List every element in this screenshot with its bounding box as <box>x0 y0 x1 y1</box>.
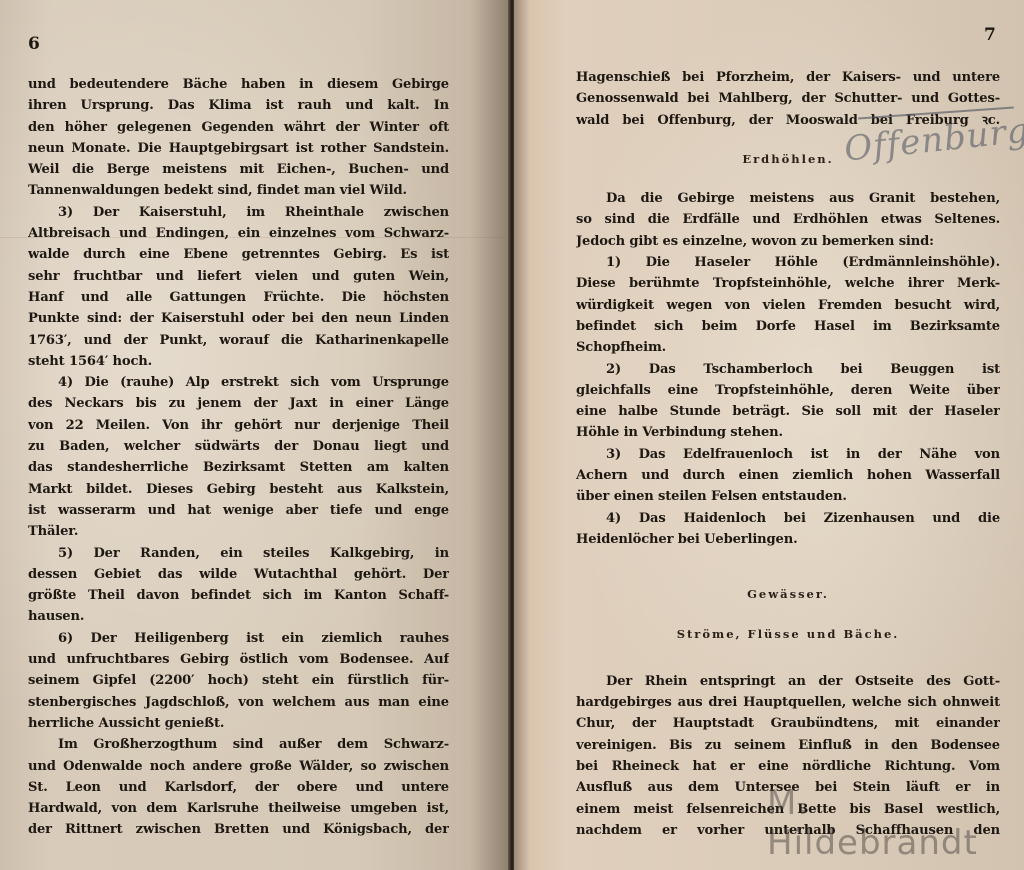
text-line: hardgebirges aus drei Hauptquellen, welc… <box>576 692 1000 713</box>
text-line: eine halbe Stunde beträgt. Sie soll mit … <box>576 401 1000 422</box>
text-line: dessen Gebiet das wilde Wutachthal gehör… <box>28 564 449 585</box>
text-line: befindet sich beim Dorfe Hasel im Bezirk… <box>576 316 1000 337</box>
text-line: würdigkeit wegen von vielen Fremden besu… <box>576 295 1000 316</box>
text-line: Chur, der Hauptstadt Graubündtens, mit e… <box>576 713 1000 734</box>
text-line: Höhle in Verbindung stehen. <box>576 422 1000 443</box>
text-line: bei Rheineck hat er eine nördliche Richt… <box>576 756 1000 777</box>
page-number: 6 <box>28 34 40 54</box>
text-line: Thäler. <box>28 521 449 542</box>
text-line: hausen. <box>28 606 449 627</box>
text-line: Da die Gebirge meistens aus Granit beste… <box>576 188 1000 209</box>
text-line: Altbreisach und Endingen, ein einzelnes … <box>28 223 449 244</box>
text-line: Im Großherzogthum sind außer dem Schwarz… <box>28 734 449 755</box>
text-line: 1) Die Haseler Höhle (Erdmännleinshöhle)… <box>576 252 1000 273</box>
text-line: 3) Das Edelfrauenloch ist in der Nähe vo… <box>576 444 1000 465</box>
left-page: 6 und bedeutendere Bäche haben in diesem… <box>0 0 510 870</box>
text-line: Diese berühmte Tropfsteinhöhle, welche i… <box>576 273 1000 294</box>
left-page-text: und bedeutendere Bäche haben in diesem G… <box>28 74 449 841</box>
text-line: 3) Der Kaiserstuhl, im Rheinthale zwisch… <box>28 202 449 223</box>
text-line: Heidenlöcher bei Ueberlingen. <box>576 529 1000 550</box>
text-line: und Odenwalde noch andere große Wälder, … <box>28 756 449 777</box>
right-page-text: Hagenschieß bei Pforzheim, der Kaisers- … <box>576 67 1000 841</box>
text-line: 6) Der Heiligenberg ist ein ziemlich rau… <box>28 628 449 649</box>
text-line: über einen steilen Felsen entstauden. <box>576 486 1000 507</box>
text-line: gleichfalls eine Tropfsteinhöhle, deren … <box>576 380 1000 401</box>
book-spread: 6 und bedeutendere Bäche haben in diesem… <box>0 0 1024 870</box>
text-line: vereinigen. Bis zu seinem Einfluß in den… <box>576 735 1000 756</box>
text-line: neun Monate. Die Hauptgebirgsart ist rot… <box>28 138 449 159</box>
text-line: so sind die Erdfälle und Erdhöhlen etwas… <box>576 209 1000 230</box>
text-line: das standesherrliche Bezirksamt Stetten … <box>28 457 449 478</box>
section-heading-waters: Gewässer. <box>576 584 1000 605</box>
text-line: St. Leon und Karlsdorf, der obere und un… <box>28 777 449 798</box>
text-line: stenbergisches Jagdschloß, von welchem a… <box>28 692 449 713</box>
text-line: seinem Gipfel (2200′ hoch) steht ein für… <box>28 670 449 691</box>
text-line: Schopfheim. <box>576 337 1000 358</box>
text-line: ihren Ursprung. Das Klima ist rauh und k… <box>28 95 449 116</box>
text-line: Markt bildet. Dieses Gebirg besteht aus … <box>28 479 449 500</box>
text-line: von 22 Meilen. Von ihr gehört nur derjen… <box>28 415 449 436</box>
text-line: Genossenwald bei Mahlberg, der Schutter-… <box>576 88 1000 109</box>
text-line: 2) Das Tschamberloch bei Beuggen ist <box>576 359 1000 380</box>
text-line: Jedoch gibt es einzelne, wovon zu bemerk… <box>576 231 1000 252</box>
text-line: ist wasserarm und hat wenige aber tiefe … <box>28 500 449 521</box>
text-line: walde durch eine Ebene getrenntes Gebirg… <box>28 244 449 265</box>
text-line: steht 1564′ hoch. <box>28 351 449 372</box>
text-line: größte Theil davon befindet sich im Kant… <box>28 585 449 606</box>
text-line: herrliche Aussicht genießt. <box>28 713 449 734</box>
text-line: Punkte sind: der Kaiserstuhl oder bei de… <box>28 308 449 329</box>
text-line: der Rittnert zwischen Bretten und Königs… <box>28 819 449 840</box>
right-page: 7 Hagenschieß bei Pforzheim, der Kaisers… <box>514 0 1024 870</box>
text-line: zu Baden, welcher südwärts der Donau lie… <box>28 436 449 457</box>
subheading-rivers: Ströme, Flüsse und Bäche. <box>576 624 1000 645</box>
text-line: sehr fruchtbar und liefert vielen und gu… <box>28 266 449 287</box>
page-number: 7 <box>984 25 996 45</box>
watermark: M. Hildebrandt <box>767 783 1024 863</box>
text-line: und bedeutendere Bäche haben in diesem G… <box>28 74 449 95</box>
text-line: Hardwald, von dem Karlsruhe theilweise u… <box>28 798 449 819</box>
text-line: Hanf und alle Gattungen Früchte. Die höc… <box>28 287 449 308</box>
text-line: 4) Das Haidenloch bei Zizenhausen und di… <box>576 508 1000 529</box>
text-line: Tannenwaldungen bedekt sind, findet man … <box>28 180 449 201</box>
text-line: des Neckars bis zu jenem der Jaxt in ein… <box>28 393 449 414</box>
text-line: 5) Der Randen, ein steiles Kalkgebirg, i… <box>28 543 449 564</box>
text-line: Hagenschieß bei Pforzheim, der Kaisers- … <box>576 67 1000 88</box>
text-line: Der Rhein entspringt an der Ostseite des… <box>576 671 1000 692</box>
text-line: 1763′, und der Punkt, worauf die Kathari… <box>28 330 449 351</box>
text-line: Weil die Berge meistens mit Eichen-, Buc… <box>28 159 449 180</box>
text-line: Achern und durch einen ziemlich hohen Wa… <box>576 465 1000 486</box>
text-line: 4) Die (rauhe) Alp erstrekt sich vom Urs… <box>28 372 449 393</box>
text-line: und unfruchtbares Gebirg östlich vom Bod… <box>28 649 449 670</box>
text-line: den höher gelegenen Gegenden währt der W… <box>28 117 449 138</box>
